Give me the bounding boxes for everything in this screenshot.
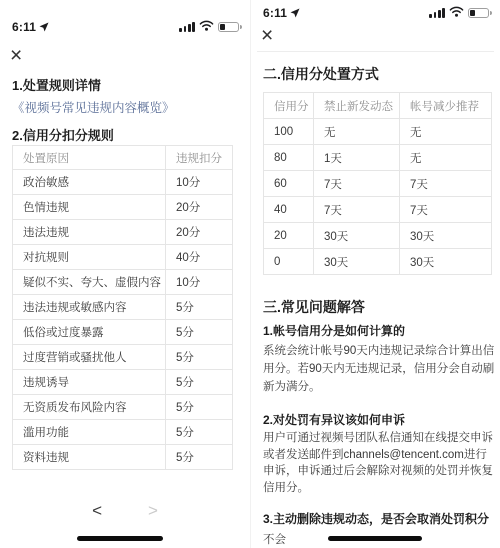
signal-icon: [179, 22, 195, 32]
table-header-cell: 信用分: [264, 93, 314, 119]
battery-icon: [468, 8, 489, 19]
table-cell: 30天: [400, 249, 492, 275]
table-cell: 7天: [400, 171, 492, 197]
table-cell: 对抗规则: [13, 245, 166, 270]
table-row: 无资质发布风险内容5分: [13, 395, 233, 420]
table-cell: 30天: [314, 223, 400, 249]
table-cell: 5分: [166, 370, 233, 395]
clock-text: 6:11: [263, 6, 287, 20]
section-title-credit-handling: 二.信用分处置方式: [263, 64, 379, 84]
table-cell: 5分: [166, 345, 233, 370]
close-icon[interactable]: ×: [10, 45, 22, 66]
pager: < >: [0, 501, 250, 521]
table-cell: 20: [264, 223, 314, 249]
table-row: 对抗规则40分: [13, 245, 233, 270]
credit-score-table: 信用分禁止新发动态帐号减少推荐 100无无801天无607天7天407天7天20…: [263, 92, 492, 275]
table-cell: 无: [314, 119, 400, 145]
section-title-deduction-rules: 2.信用分扣分规则: [12, 125, 114, 144]
signal-icon: [429, 8, 445, 18]
composite-screenshot: 6:11 × 1.处置规则详情 《视频号常见违规内容概览》: [0, 0, 500, 548]
location-arrow-icon: [39, 22, 49, 32]
table-cell: 违规诱导: [13, 370, 166, 395]
wifi-icon: [199, 18, 214, 36]
status-bar: 6:11: [263, 6, 489, 20]
table-header-cell: 帐号减少推荐: [400, 93, 492, 119]
table-cell: 滥用功能: [13, 420, 166, 445]
faq-answer-1: 系统会统计帐号90天内违规记录综合计算出信用分。若90天内无违规记录，信用分会自…: [263, 342, 495, 396]
table-cell: 7天: [314, 197, 400, 223]
table-cell: 无: [400, 119, 492, 145]
status-time-group: 6:11: [263, 6, 300, 20]
table-cell: 5分: [166, 395, 233, 420]
table-row: 资料违规5分: [13, 445, 233, 470]
status-icons: [179, 18, 239, 36]
table-cell: 资料违规: [13, 445, 166, 470]
table-cell: 无资质发布风险内容: [13, 395, 166, 420]
faq-answer-2: 用户可通过视频号团队私信通知在线提交申诉或者发送邮件到channels@tenc…: [263, 430, 495, 496]
close-icon[interactable]: ×: [261, 25, 273, 46]
table-cell: 无: [400, 145, 492, 171]
home-indicator: [77, 536, 163, 541]
deduction-table: 处置原因违规扣分 政治敏感10分色情违规20分违法违规20分对抗规则40分疑似不…: [12, 145, 233, 470]
table-row: 色情违规20分: [13, 195, 233, 220]
table-cell: 30天: [314, 249, 400, 275]
table-cell: 违法违规: [13, 220, 166, 245]
status-bar: 6:11: [12, 20, 239, 34]
table-header-cell: 处置原因: [13, 146, 166, 170]
wifi-icon: [449, 4, 464, 22]
table-row: 违规诱导5分: [13, 370, 233, 395]
table-row: 低俗或过度暴露5分: [13, 320, 233, 345]
table-cell: 80: [264, 145, 314, 171]
page-next-icon[interactable]: >: [148, 501, 158, 521]
table-row: 过度营销或骚扰他人5分: [13, 345, 233, 370]
table-cell: 10分: [166, 170, 233, 195]
table-cell: 5分: [166, 445, 233, 470]
table-row: 2030天30天: [264, 223, 492, 249]
table-cell: 过度营销或骚扰他人: [13, 345, 166, 370]
table-cell: 40分: [166, 245, 233, 270]
page-prev-icon[interactable]: <: [92, 501, 102, 521]
table-cell: 10分: [166, 270, 233, 295]
table-cell: 40: [264, 197, 314, 223]
table-cell: 疑似不实、夸大、虚假内容: [13, 270, 166, 295]
table-cell: 20分: [166, 195, 233, 220]
table-cell: 色情违规: [13, 195, 166, 220]
table-row: 政治敏感10分: [13, 170, 233, 195]
table-row: 407天7天: [264, 197, 492, 223]
table-header-row: 信用分禁止新发动态帐号减少推荐: [264, 93, 492, 119]
table-cell: 7天: [314, 171, 400, 197]
table-cell: 5分: [166, 420, 233, 445]
left-screenshot: 6:11 × 1.处置规则详情 《视频号常见违规内容概览》: [0, 0, 250, 548]
table-cell: 100: [264, 119, 314, 145]
table-cell: 20分: [166, 220, 233, 245]
divider-line: [257, 51, 494, 52]
table-row: 疑似不实、夸大、虚假内容10分: [13, 270, 233, 295]
table-cell: 违法违规或敏感内容: [13, 295, 166, 320]
faq-question-2: 2.对处罚有异议该如何申诉: [263, 411, 405, 428]
table-row: 100无无: [264, 119, 492, 145]
table-cell: 30天: [400, 223, 492, 249]
table-cell: 政治敏感: [13, 170, 166, 195]
table-row: 违法违规或敏感内容5分: [13, 295, 233, 320]
table-header-row: 处置原因违规扣分: [13, 146, 233, 170]
table-row: 030天30天: [264, 249, 492, 275]
table-row: 滥用功能5分: [13, 420, 233, 445]
table-header-cell: 禁止新发动态: [314, 93, 400, 119]
table-cell: 5分: [166, 295, 233, 320]
table-row: 801天无: [264, 145, 492, 171]
table-cell: 0: [264, 249, 314, 275]
table-row: 607天7天: [264, 171, 492, 197]
section-title-rules-detail: 1.处置规则详情: [12, 75, 101, 94]
violation-overview-link[interactable]: 《视频号常见违规内容概览》: [12, 98, 175, 116]
right-screenshot: 6:11 × 二.信用分处置方式: [250, 0, 500, 548]
table-cell: 7天: [400, 197, 492, 223]
table-cell: 60: [264, 171, 314, 197]
table-cell: 1天: [314, 145, 400, 171]
home-indicator: [328, 536, 422, 541]
status-time-group: 6:11: [12, 20, 49, 34]
table-header-cell: 违规扣分: [166, 146, 233, 170]
table-cell: 5分: [166, 320, 233, 345]
faq-title: 三.常见问题解答: [263, 297, 365, 317]
clock-text: 6:11: [12, 20, 36, 34]
faq-question-3: 3.主动删除违规动态，是否会取消处罚积分: [263, 510, 489, 527]
table-cell: 低俗或过度暴露: [13, 320, 166, 345]
status-icons: [429, 4, 489, 22]
battery-icon: [218, 22, 239, 33]
table-row: 违法违规20分: [13, 220, 233, 245]
location-arrow-icon: [290, 8, 300, 18]
faq-question-1: 1.帐号信用分是如何计算的: [263, 322, 405, 339]
